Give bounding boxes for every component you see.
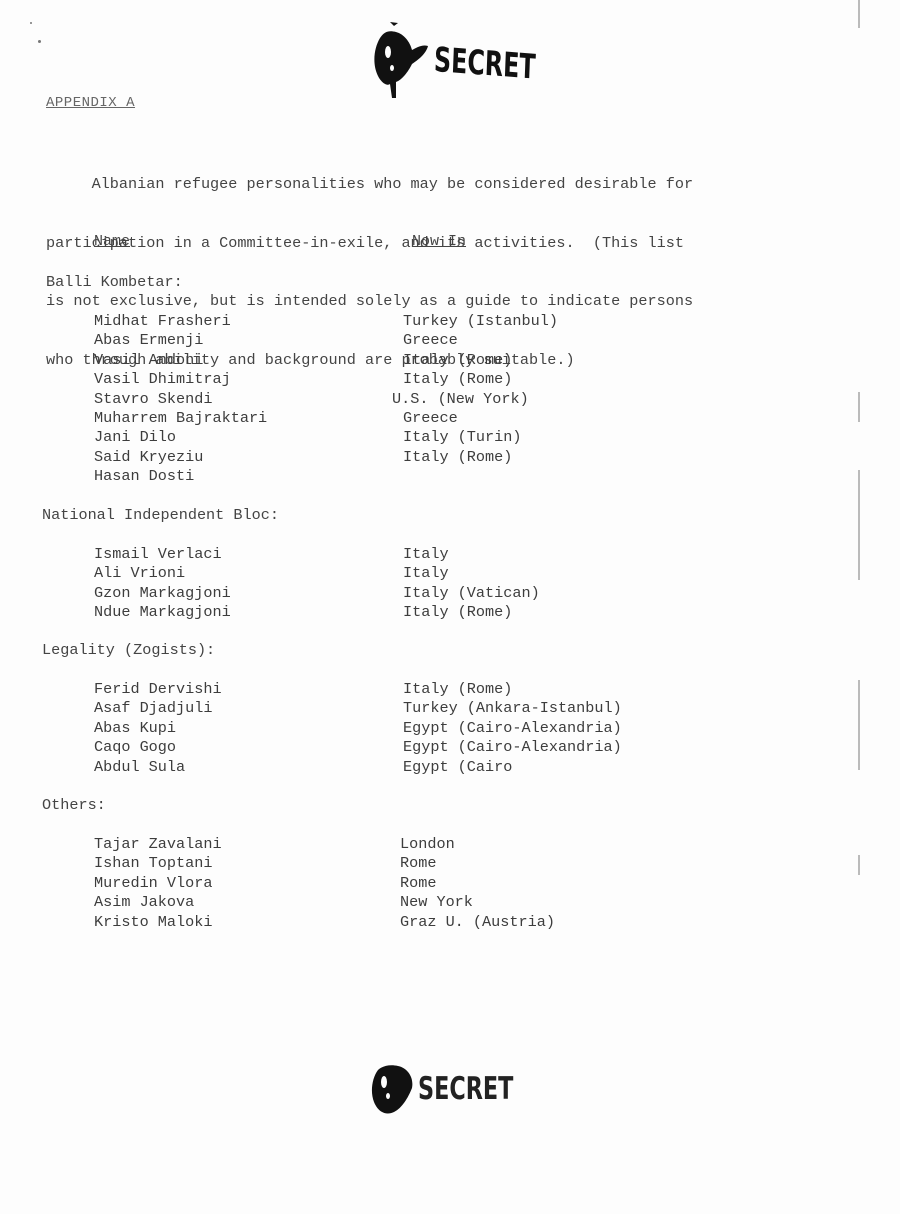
person-name: Ishan Toptani	[94, 854, 212, 872]
person-location: Rome	[400, 874, 436, 892]
person-name: Ferid Dervishi	[94, 680, 222, 698]
person-name: Said Kryeziu	[94, 448, 203, 466]
person-location: Rome	[400, 854, 436, 872]
person-name: Tajar Zavalani	[94, 835, 222, 853]
person-location: Italy	[403, 545, 449, 563]
secret-stamp-bottom: SECRET	[368, 1062, 550, 1116]
person-location: Italy (Rome)	[403, 603, 512, 621]
person-name: Abas Ermenji	[94, 331, 203, 349]
person-location: Graz U. (Austria)	[400, 913, 555, 931]
person-name: Ali Vrioni	[94, 564, 185, 582]
person-name: Jani Dilo	[94, 428, 176, 446]
person-location: Italy (Turin)	[403, 428, 521, 446]
intro-line: is not exclusive, but is intended solely…	[46, 292, 766, 312]
person-name: Muredin Vlora	[94, 874, 212, 892]
person-name: Asim Jakova	[94, 893, 194, 911]
edge-mark	[858, 855, 860, 875]
person-name: Ndue Markagjoni	[94, 603, 231, 621]
edge-mark	[858, 0, 860, 28]
person-location: Italy (Rome)	[403, 351, 512, 369]
edge-mark	[858, 392, 860, 422]
edge-mark	[858, 680, 860, 770]
person-location: U.S. (New York)	[392, 390, 529, 408]
person-location: London	[400, 835, 455, 853]
person-location: Italy	[403, 564, 449, 582]
person-name: Abas Kupi	[94, 719, 176, 737]
column-header-now-in: Now In	[412, 233, 466, 250]
person-name: Stavro Skendi	[94, 390, 212, 408]
person-name: Hasan Dosti	[94, 467, 194, 485]
secret-label-top: SECRET	[433, 40, 536, 88]
person-location: Greece	[403, 331, 458, 349]
person-name: Vasil Andoni	[94, 351, 203, 369]
secret-label-bottom: SECRET	[418, 1071, 513, 1107]
person-location: Greece	[403, 409, 458, 427]
secret-stamp-top: SECRET	[368, 20, 579, 100]
column-header-name: Name	[94, 233, 130, 250]
edge-mark	[858, 470, 860, 580]
group-label: Legality (Zogists):	[42, 641, 215, 659]
person-name: Midhat Frasheri	[94, 312, 231, 330]
group-label: National Independent Bloc:	[42, 506, 279, 524]
person-name: Kristo Maloki	[94, 913, 212, 931]
intro-line: Albanian refugee personalities who may b…	[46, 175, 766, 195]
person-name: Vasil Dhimitraj	[94, 370, 231, 388]
appendix-heading: APPENDIX A	[46, 95, 135, 111]
person-location: Italy (Rome)	[403, 370, 512, 388]
intro-line: participation in a Committee-in-exile, a…	[46, 234, 766, 254]
person-location: Turkey (Istanbul)	[403, 312, 558, 330]
scan-speck	[38, 40, 41, 43]
group-label: Balli Kombetar:	[46, 273, 183, 291]
person-name: Caqo Gogo	[94, 738, 176, 756]
person-name: Gzon Markagjoni	[94, 584, 231, 602]
person-location: Italy (Vatican)	[403, 584, 540, 602]
scan-speck	[30, 22, 32, 24]
person-location: Italy (Rome)	[403, 680, 512, 698]
ink-blot-icon	[368, 20, 430, 100]
person-location: Egypt (Cairo-Alexandria)	[403, 738, 622, 756]
document-page: SECRET APPENDIX A Albanian refugee perso…	[0, 0, 900, 1214]
person-location: Egypt (Cairo	[403, 758, 512, 776]
person-name: Muharrem Bajraktari	[94, 409, 267, 427]
person-location: New York	[400, 893, 473, 911]
group-label: Others:	[42, 796, 106, 814]
person-name: Ismail Verlaci	[94, 545, 222, 563]
person-location: Turkey (Ankara-Istanbul)	[403, 699, 622, 717]
person-location: Italy (Rome)	[403, 448, 512, 466]
ink-blot-icon	[368, 1062, 414, 1116]
person-location: Egypt (Cairo-Alexandria)	[403, 719, 622, 737]
person-name: Asaf Djadjuli	[94, 699, 212, 717]
person-name: Abdul Sula	[94, 758, 185, 776]
